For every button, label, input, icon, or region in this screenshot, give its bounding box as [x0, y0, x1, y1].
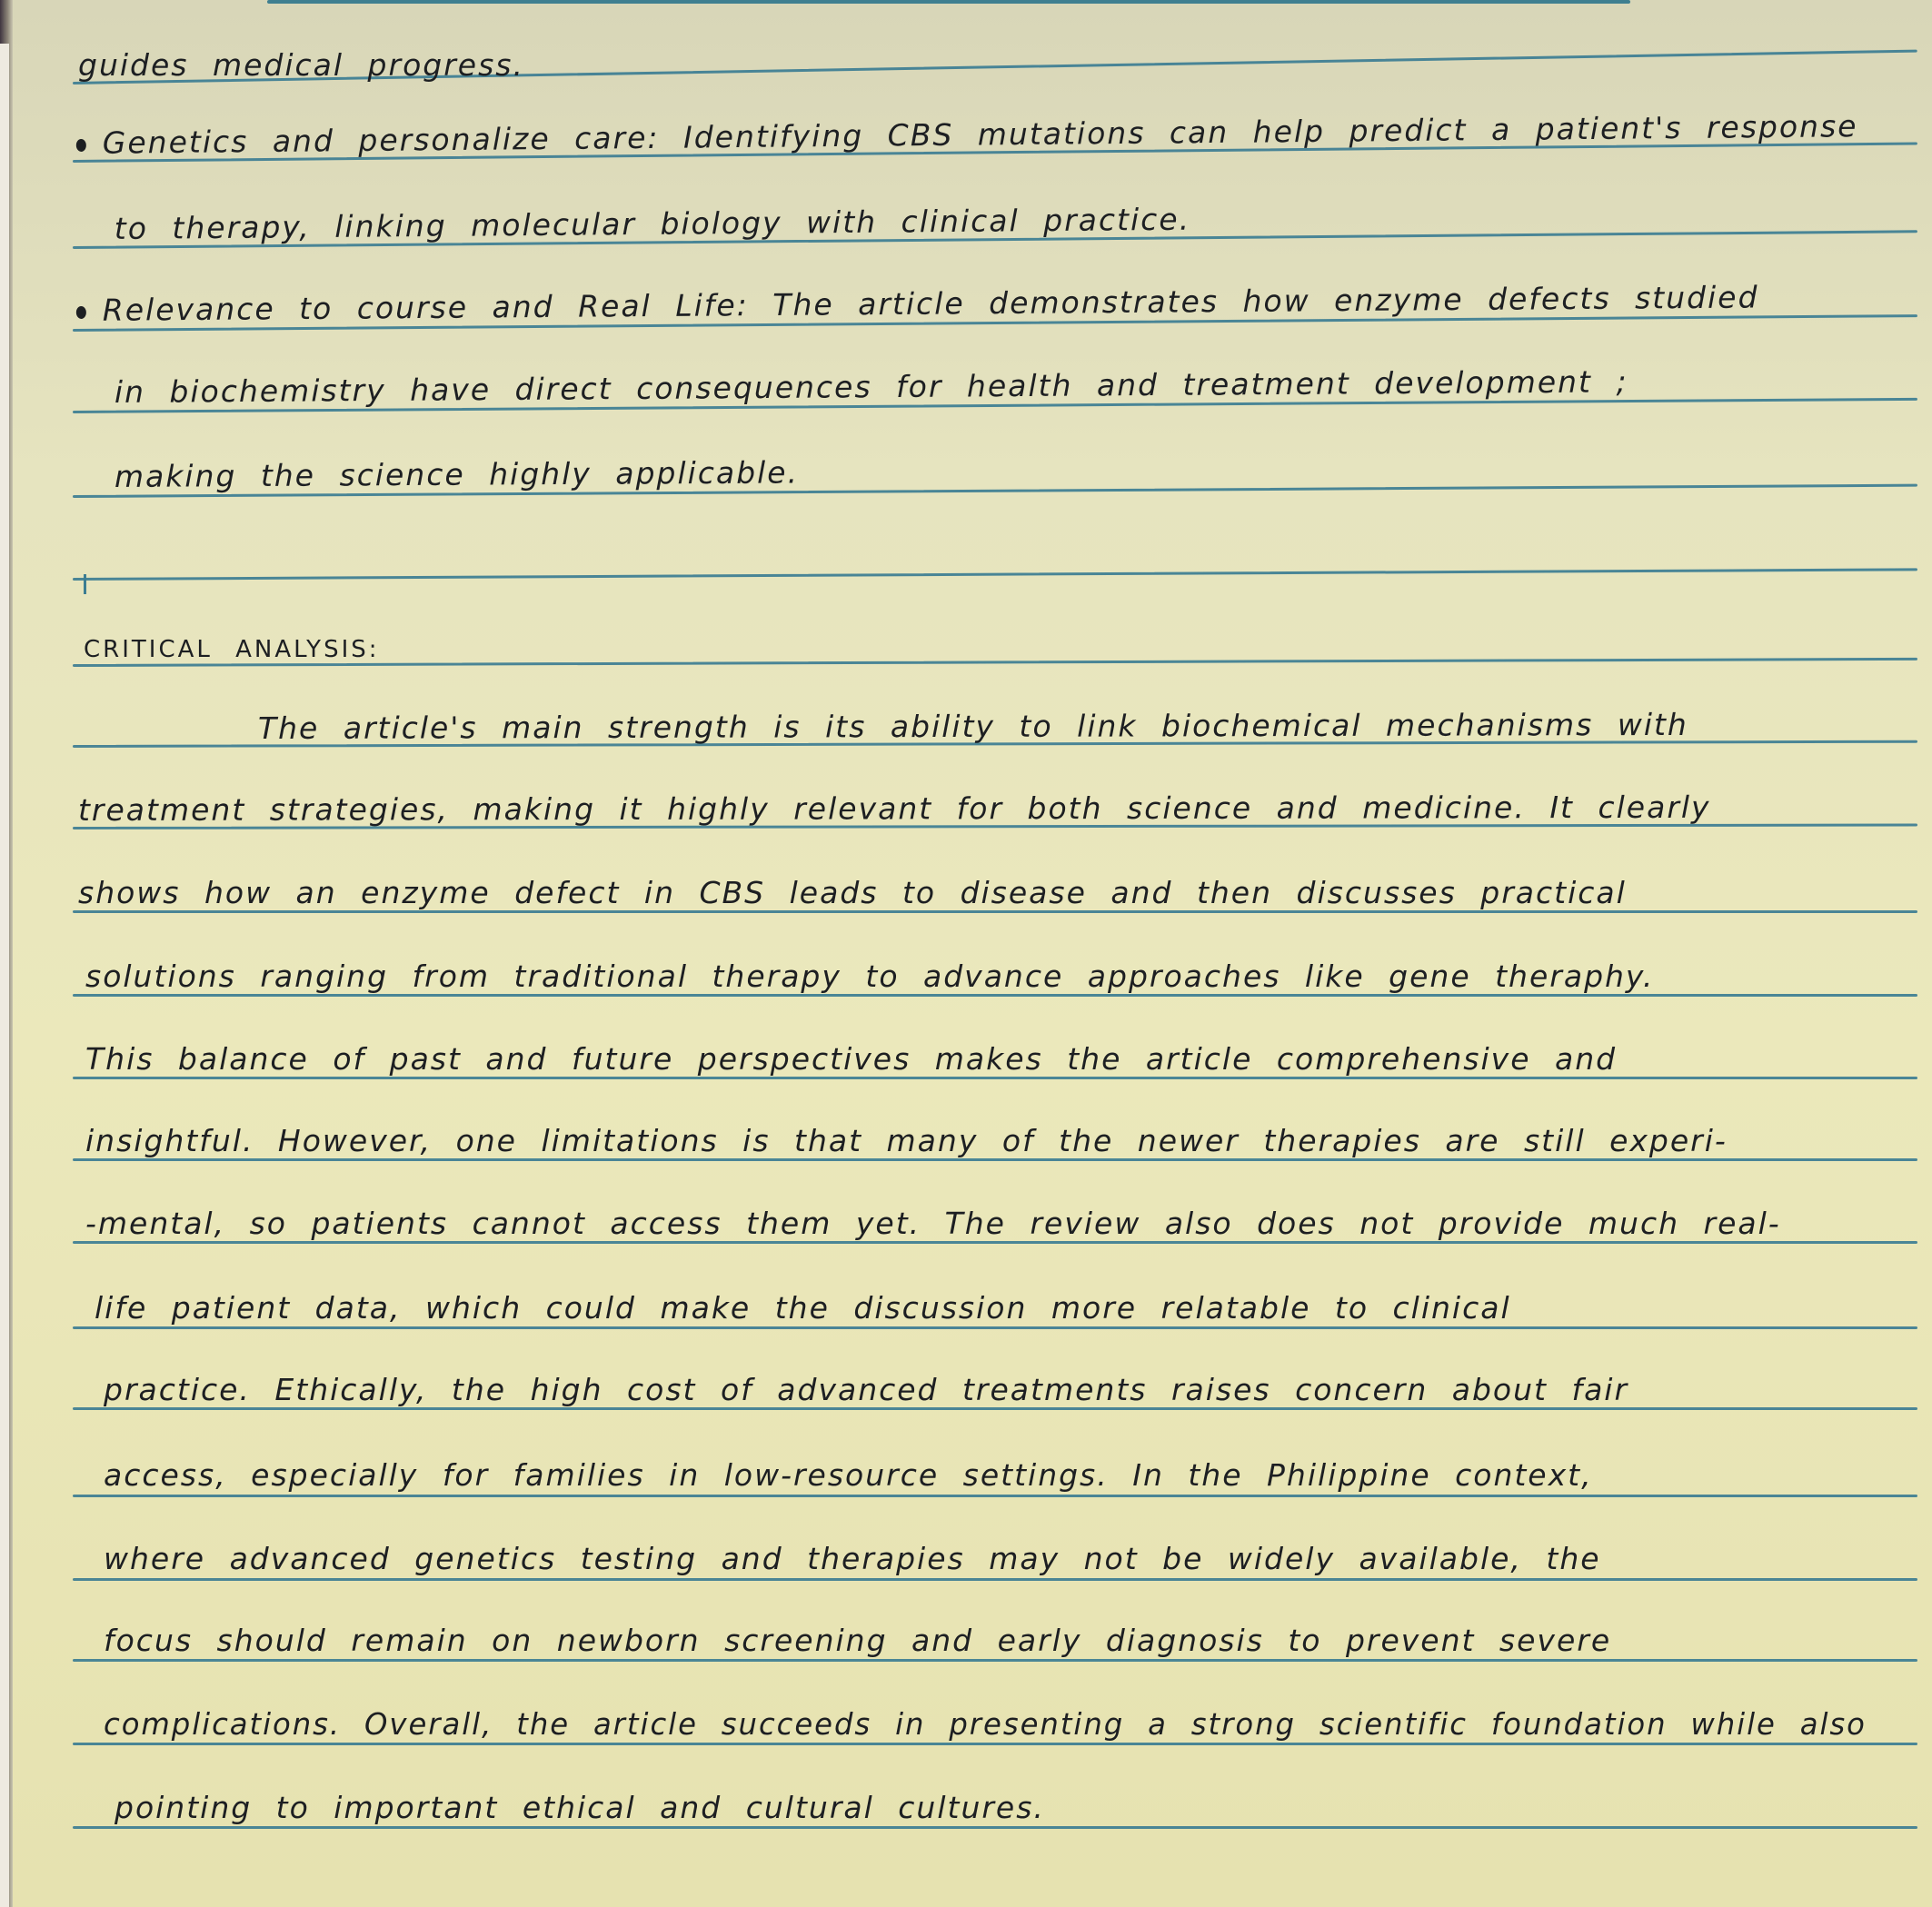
page-edge-highlight: [0, 44, 9, 1907]
line-text: guides medical progress.: [78, 47, 524, 83]
rule-line: [73, 994, 1917, 997]
line-text: focus should remain on newborn screening…: [104, 1623, 1611, 1658]
bullet-icon: [76, 305, 86, 318]
text-line: insightful. However, one limitations is …: [85, 1123, 1728, 1158]
rule-line: [73, 1326, 1917, 1329]
line-text: This balance of past and future perspect…: [85, 1041, 1617, 1077]
rule-line: [73, 1578, 1917, 1581]
bullet-icon: [76, 138, 86, 151]
line-text: solutions ranging from traditional thera…: [85, 958, 1654, 994]
text-line: focus should remain on newborn screening…: [104, 1623, 1611, 1658]
rule-line: [73, 1826, 1917, 1829]
rule-line: [73, 1077, 1917, 1079]
rule-line: [73, 910, 1917, 913]
line-text: making the science highly applicable.: [115, 454, 799, 494]
text-line: -mental, so patients cannot access them …: [85, 1206, 1781, 1241]
text-line: treatment strategies, making it highly r…: [78, 790, 1711, 828]
top-rule-line: [267, 0, 1630, 4]
text-line: life patient data, which could make the …: [95, 1290, 1511, 1326]
text-line: shows how an enzyme defect in CBS leads …: [78, 875, 1627, 910]
margin-tick: [84, 574, 86, 594]
line-text: practice. Ethically, the high cost of ad…: [104, 1372, 1628, 1407]
text-line: making the science highly applicable.: [115, 454, 799, 494]
line-text: pointing to important ethical and cultur…: [115, 1790, 1045, 1825]
line-text: shows how an enzyme defect in CBS leads …: [78, 875, 1627, 910]
text-line: pointing to important ethical and cultur…: [115, 1790, 1045, 1825]
line-text: -mental, so patients cannot access them …: [85, 1206, 1781, 1241]
line-text: The article's main strength is its abili…: [258, 707, 1688, 746]
rule-line: [73, 1158, 1917, 1161]
line-text: complications. Overall, the article succ…: [104, 1706, 1867, 1742]
line-text: insightful. However, one limitations is …: [85, 1123, 1728, 1158]
rule-line: [73, 568, 1917, 581]
rule-line: [73, 1495, 1917, 1497]
text-line: practice. Ethically, the high cost of ad…: [104, 1372, 1628, 1407]
text-line: guides medical progress.: [78, 47, 524, 83]
text-line: solutions ranging from traditional thera…: [85, 958, 1654, 994]
line-text: Relevance to course and Real Life: The a…: [103, 279, 1759, 327]
text-line: where advanced genetics testing and ther…: [104, 1541, 1601, 1576]
line-text: where advanced genetics testing and ther…: [104, 1541, 1601, 1576]
text-line: The article's main strength is its abili…: [258, 707, 1688, 746]
line-text: treatment strategies, making it highly r…: [78, 790, 1711, 828]
rule-line: [73, 1659, 1917, 1662]
notebook-page: guides medical progress. Genetics and pe…: [13, 0, 1932, 1907]
text-line: complications. Overall, the article succ…: [104, 1706, 1867, 1742]
page-edge-shadow: [0, 0, 13, 1907]
bullet-line: Relevance to course and Real Life: The a…: [76, 279, 1759, 328]
rule-line: [73, 1743, 1917, 1745]
line-text: life patient data, which could make the …: [95, 1290, 1511, 1326]
rule-line: [73, 1407, 1917, 1410]
text-line: access, especially for families in low-r…: [104, 1457, 1593, 1493]
line-text: access, especially for families in low-r…: [104, 1457, 1593, 1493]
rule-line: [73, 1241, 1917, 1244]
text-line: This balance of past and future perspect…: [85, 1041, 1617, 1077]
section-heading: CRITICAL ANALYSIS:: [84, 636, 380, 663]
heading-text: CRITICAL ANALYSIS:: [84, 636, 380, 663]
